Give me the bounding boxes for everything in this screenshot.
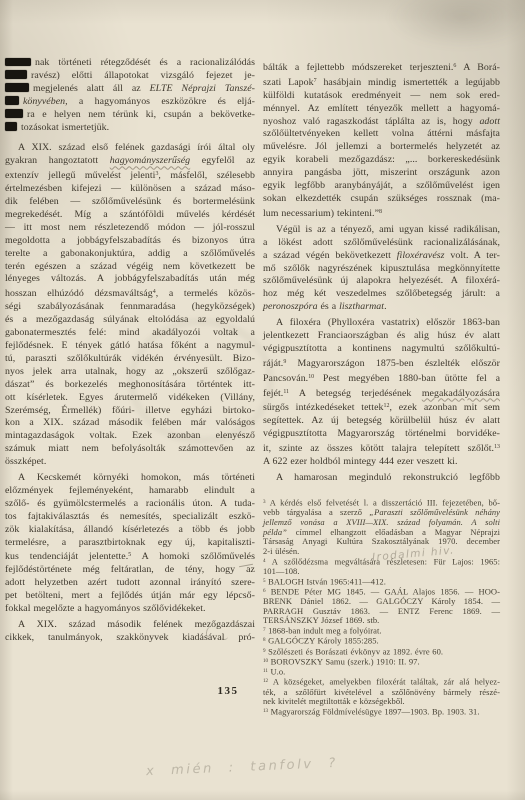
text-segment: gabonatermesztés felé: mind akadályozói … [5,327,255,338]
footnote-13: 13 Magyarország Földmívelésügye 1897—190… [263,707,500,717]
text-line: 7 1868-ban indult meg a folyóirat. [263,626,500,636]
text-segment: terelte a gabonakonjuktúra, addig a szől… [5,248,255,259]
text-segment: 2-i ülésén. [263,546,299,556]
text-segment: adott helyzetben azért tudott azonnal ir… [5,577,255,588]
footnote-marker: 13 [494,444,500,450]
text-line: gabonatermesztés felé: mind akadályozói … [5,327,255,340]
text-segment: külföldi kutatások eredményeit — nem sok… [263,90,500,101]
text-segment: dik felében — szőlőművelésünk és borterm… [5,196,255,207]
left-column-body: A XIX. század első felének gazdasági író… [5,142,255,644]
text-segment: lényeges változás. A jobbágyfelszabadítá… [5,273,255,284]
text-segment: fejét. [263,388,283,399]
text-segment: filoxéravész [397,250,445,261]
text-segment: megrekedését. Míg a szántóföldi művelés … [5,209,255,220]
text-segment: nyoshoz való ragaszkodást táplálta az is… [263,116,479,127]
text-line: és a mezőgazdaság súlyának eltolódása az… [5,314,255,327]
text-line: it, szinte az összes kötött talajra tele… [263,441,500,456]
text-segment: extenzív jellegű művelést jelenti [5,170,155,181]
text-line: nak történeti rétegződését és a racional… [5,57,255,70]
text-line: 13 Magyarország Földmívelésügye 1897—190… [263,707,500,717]
text-segment: A betegség terjedésének [289,388,422,399]
text-segment: annyira pangásba jött, miszerint országu… [263,167,500,178]
text-segment: Társaság Anyagi Kultúra Szakosztályának … [263,536,500,546]
text-line: ravész) előtti állapotokat vizsgáló feje… [5,70,255,83]
text-segment: A Borá- [456,62,500,73]
text-segment: nek kivitelét megtiltották e községekből… [263,696,405,706]
text-line: ra e helyen nem térünk ki, csupán a bekö… [5,109,255,122]
footnote-4: 4 A szőlődézsma megváltására részletesen… [263,557,500,577]
text-line: végigpusztította a kontinens nagymultú s… [263,343,500,356]
text-segment: termelésre, a parasztbirtoknak egy új, k… [5,537,255,548]
text-segment: terén egészen a század végéig nem követk… [5,261,255,272]
text-line: gyakran hangoztatott hagyományszerűség e… [5,155,255,168]
right-column: bálták a fejlettebb módszereket terjeszt… [263,60,500,717]
text-line: végigpusztította Magyarország történelmi… [263,428,500,441]
body-paragraph-5: Végül is az a tényező, ami ugyan kissé r… [263,224,500,314]
text-segment: Pest megyében 1880-ban ütötte fel a [314,373,500,384]
text-segment: a lökést adott szőlőművelésünk racionali… [263,237,500,248]
pencil-note-bottom-margin: x mién : tanfolv ? [146,756,338,779]
text-segment: fejlődéstörténete még feltáratlan, de té… [5,564,255,575]
text-segment: mintagazdaságok voltak. Ezek azonban ele… [5,430,255,441]
text-line: könyvében, a hagyományos eszközökre és e… [5,96,255,109]
text-segment: pet betölteni, mert a fejlődés útján már… [5,590,255,601]
text-segment: kon a XIX. század második felében már va… [5,417,255,428]
pencil-stroke-mark [221,633,228,640]
text-segment: GALGÓCZY Károly 1855:285. [266,636,379,646]
text-segment: segítettek. Az új betegség körülbelül hú… [263,415,500,426]
left-column: nak történeti rétegződését és a racional… [5,57,255,645]
text-line: segítettek. Az új betegség körülbelül hú… [263,415,500,428]
text-line: Végül is az a tényező, ami ugyan kissé r… [263,224,500,237]
text-segment: példa” [263,527,287,537]
text-segment: számuk miatt nem befolyásolták számottev… [5,443,255,454]
text-segment: előzmények fejleményeként, hamarabb elin… [5,485,255,496]
text-segment: dászat” és borkezelés meghonosítására tö… [5,379,255,390]
text-segment: A filoxéra (Phylloxéra vastatrix) előszö… [276,317,500,328]
footnote-marker: 8 [379,209,382,215]
text-segment: egyfelől az [190,155,255,166]
text-segment: Szőlészeti és Borászati évkönyv az 1892.… [266,646,444,656]
text-segment: A hamarosan meginduló rekonstrukció legf… [276,472,500,483]
text-line: 101—108. [263,567,500,577]
text-segment: A homoki szőlőművelés [131,551,255,562]
right-column-body: bálták a fejlettebb módszereket terjeszt… [263,60,500,485]
text-segment: megoldotta a jobbágyfelszabadítás és biz… [5,235,255,246]
text-line: mintagazdaságok voltak. Ezek azonban ele… [5,430,255,443]
intro-note-paragraph: nak történeti rétegződését és a racional… [5,57,255,134]
text-line: dik felében — szőlőművelésünk és borterm… [5,196,255,209]
ink-blot [5,96,19,105]
text-segment: hosszan elhúzódó dézsmaváltság [5,288,153,299]
text-line: a lökést adott szőlőművelésünk racionali… [263,237,500,250]
text-line: adott helyzetben azért tudott azonnal ir… [5,577,255,590]
text-line: kus tendenciáját jelentette.5 A homoki s… [5,549,255,564]
text-line: számuk miatt nem befolyásolták számottev… [5,443,255,456]
text-line: termelésre, a parasztbirtoknak egy új, k… [5,537,255,550]
text-segment: nak történeti rétegződését és a racional… [35,57,255,68]
text-segment: Végül is az a tényező, ami ugyan kissé r… [276,224,500,235]
text-segment: szőlőültetvényeken kellett volna áttérni… [263,128,500,139]
text-line: terelte a gabonakonjuktúra, addig a szől… [5,248,255,261]
text-line: 8 GALGÓCZY Károly 1855:285. [263,636,500,646]
text-line: tú, paraszti szőlőkultúrák vidékén érvén… [5,353,255,366]
text-line: szati Lapok7 hasábjain mindig ismertetté… [263,75,500,90]
text-line: szőlőültetvényeken kellett volna áttérni… [263,128,500,141]
body-paragraph-7: A hamarosan meginduló rekonstrukció legf… [263,472,500,485]
text-line: szőlőművelésünk új alapokra helyezését. … [263,275,500,288]
text-segment: ték, a szőlőfürt kivételével a szőlőnövé… [263,687,500,697]
footnote-block: 3 A kérdés első felvetését l. a disszert… [263,498,500,717]
text-line: A hamarosan meginduló rekonstrukció legf… [263,472,500,485]
text-segment: BENDE Péter MG 1845. — GAÁL Alajos 1856.… [266,586,500,596]
footnote-12: 12 A községeket, amelyekben filoxérát ta… [263,677,500,707]
text-line: nyos jelek arra utalnak, hogy az „okszer… [5,366,255,379]
text-line: ráját.9 Magyarországon 1875-ben észlelté… [263,356,500,371]
text-segment: jelentkezett Franciaországban és alig hú… [263,330,500,341]
text-line: hoz még két veszedelmes szőlőbetegség já… [263,288,500,301]
body-paragraph-1: A XIX. század első felének gazdasági író… [5,142,255,469]
intro-note: nak történeti rétegződését és a racional… [5,57,255,134]
footnote-3: 3 A kérdés első felvetését l. a disszert… [263,498,500,557]
text-segment: „Paraszti szőlőművelésünk néhány [369,507,500,517]
text-segment: hoz még két veszedelmes szőlőbetegség já… [263,288,500,299]
text-segment: lum necessarium) tekinteni.” [263,208,379,219]
text-segment: Pancsován. [263,373,308,384]
text-segment: sürgős intézkedéseket tettek [263,402,384,413]
text-segment: hasábjain mindig ismertették a legújabb [317,77,500,88]
text-line: fejét.11 A betegség terjedésének megakad… [263,386,500,401]
text-segment: adott [479,116,500,127]
text-line: ménnyel. Az említett tényezők mellett a … [263,103,500,116]
text-segment: A szőlődézsma megváltására részletesen: … [266,556,500,566]
text-segment: 101—108. [263,566,300,576]
text-segment: fokkal megelőzte a hagyományos szőlővidé… [5,603,206,614]
text-segment: peronoszpóra [263,301,318,312]
text-segment: . [384,301,387,312]
text-segment: volt. A ter- [445,250,500,261]
text-segment: könyvében, [23,96,68,107]
text-segment: zök kialakítása, állandó kísérletezés a … [5,524,255,535]
text-line: egyik korabeli mezőgazdász: „... borkere… [263,154,500,167]
text-segment: jellemző vonása a XVIII—XIX. század foly… [263,517,500,527]
text-segment: hagyományszerűség [110,155,190,166]
text-line: tozásokat ismertetjük. [5,122,255,135]
ink-blot [5,122,17,131]
text-line: 5 BALOGH István 1965:411—412. [263,577,500,587]
text-segment: ravész) előtti állapotokat vizsgáló feje… [31,70,255,81]
text-line: A XIX. század első felének gazdasági író… [5,142,255,155]
text-segment: ségi szabályozásának fennmaradása (hegyk… [5,301,255,312]
text-line: nyoshoz való ragaszkodást táplálta az is… [263,116,500,129]
text-line: lum necessarium) tekinteni.”8 [263,206,500,221]
text-line: hosszan elhúzódó dézsmaváltság4, a terme… [5,286,255,301]
scan-shadow-top-right [387,0,525,48]
text-line: 9 Szőlészeti és Borászati évkönyv az 189… [263,647,500,657]
text-line: ott kísérletek. Egyes árutermelő vidékek… [5,392,255,405]
body-paragraph-3: A XIX. század második felének mezőgazdás… [5,619,255,645]
text-line: — itt most nem részletezendő módon — jól… [5,222,255,235]
footnote-5: 5 BALOGH István 1965:411—412. [263,577,500,587]
text-segment: gyakran hangoztatott [5,155,110,166]
text-segment: mő szőlők nagyrészének kipusztulása megk… [263,263,500,274]
text-segment: ott kísérletek. Egyes árutermelő vidékek… [5,392,255,403]
text-segment: BRENK Dániel 1862. — GALGÓCZY Károly 185… [263,596,500,606]
text-segment: összképet. [5,456,46,467]
text-line: A 622 ezer holdból mintegy 444 ezer vesz… [263,456,500,469]
text-segment: a hagyományos eszközökre és eljá- [68,96,255,107]
text-segment: sokan elkezdették csupán szükséges rossz… [263,193,500,204]
text-segment: cikkek, tanulmányok, szakkönyvek kiadásá… [5,632,255,643]
body-paragraph-2: A Kecskemét környéki homokon, más történ… [5,472,255,616]
text-line: bálták a fejlettebb módszereket terjeszt… [263,60,500,75]
text-line: nek kivitelét megtiltották e községekből… [263,697,500,707]
text-segment: A XIX. század első felének gazdasági író… [18,142,255,153]
text-line: megrekedését. Míg a szántóföldi művelés … [5,209,255,222]
text-segment: A XIX. század második felének mezőgazdás… [18,619,255,630]
text-line: A filoxéra (Phylloxéra vastatrix) előszö… [263,317,500,330]
text-line: értelmezésben kifejezi — különösen a szá… [5,183,255,196]
text-segment: ménnyel. Az említett tényezők mellett a … [263,103,500,114]
text-line: annyira pangásba jött, miszerint országu… [263,167,500,180]
text-segment: , a termelés közös- [156,288,255,299]
text-line: peronoszpóra és a lisztharmat. [263,301,500,314]
text-segment: PARRAGH Gusztáv 1863. — ENTZ Ferenc 1869… [263,606,500,616]
text-line: kon a XIX. század második felében már va… [5,417,255,430]
text-line: megoldotta a jobbágyfelszabadítás és biz… [5,235,255,248]
text-segment: művelésre. Jól jellemzi a bortermelés he… [263,141,500,152]
text-segment: — itt most nem részletezendő módon — jól… [5,222,255,233]
text-segment: A 622 ezer holdból mintegy 444 ezer vesz… [263,456,458,467]
text-segment: U.o. [268,667,285,677]
text-segment: tú, paraszti szőlőkultúrák vidékén érvén… [5,353,255,364]
text-segment: a század végén bekövetkezett [263,250,397,261]
text-line: cikkek, tanulmányok, szakkönyvek kiadásá… [5,632,255,645]
text-segment: BALOGH István 1965:411—412. [266,576,386,586]
text-line: előzmények fejleményeként, hamarabb elin… [5,485,255,498]
text-line: pet betölteni, mert a fejlődés útján már… [5,590,255,603]
text-line: jelentkezett Franciaországban és alig hú… [263,330,500,343]
body-paragraph-4: bálták a fejlettebb módszereket terjeszt… [263,60,500,221]
text-line: 11 U.o. [263,667,500,677]
text-line: terén egészen a század végéig nem követk… [5,261,255,274]
text-segment: A Kecskemét környéki homokon, más történ… [18,472,255,483]
footnote-6: 6 BENDE Péter MG 1845. — GAÁL Alajos 185… [263,587,500,626]
text-segment: Szerémség, Érmellék) főúri- illetve egyh… [5,405,255,416]
text-line: egyik legfőbb aranybányáját, a szőlőműve… [263,180,500,193]
ink-blot [5,70,27,79]
text-line: művelésre. Jól jellemzi a bortermelés he… [263,141,500,154]
text-segment: kus tendenciáját jelentette. [5,551,128,562]
ink-blot [5,83,29,92]
text-line: Szerémség, Érmellék) főúri- illetve egyh… [5,405,255,418]
text-segment: szőlő- és gyümölcstermelés a racionális … [5,498,255,509]
text-line: TERSÁNSZKY József 1869. stb. [263,616,500,626]
text-segment: Magyarország Földmívelésügye 1897—1903. … [268,707,479,717]
text-segment: ráját. [263,358,283,369]
text-segment: Magyarországon 1875-ben észlelték előszö… [286,358,500,369]
page-edge-shading [0,790,525,800]
footnote-8: 8 GALGÓCZY Károly 1855:285. [263,636,500,646]
text-segment: BOROVSZKY Samu (szerk.) 1910: II. 97. [268,656,420,666]
scanned-book-page: nak történeti rétegződését és a racional… [0,0,525,800]
text-segment: lisztharmat [339,301,384,312]
text-line: dászat” és borkezelés meghonosítására tö… [5,379,255,392]
footnote-9: 9 Szőlészeti és Borászati évkönyv az 189… [263,647,500,657]
body-paragraph-6: A filoxéra (Phylloxéra vastatrix) előszö… [263,317,500,469]
text-segment: végigpusztította Magyarország történelmi… [263,428,500,439]
text-line: lényeges változás. A jobbágyfelszabadítá… [5,273,255,286]
text-segment: A községeket, amelyekben filoxérát talál… [268,677,500,687]
text-line: sokan elkezdették csupán szükséges rossz… [263,193,500,206]
text-line: A Kecskemét környéki homokon, más történ… [5,472,255,485]
footnote-10: 10 BOROVSZKY Samu (szerk.) 1910: II. 97. [263,657,500,667]
text-line: A XIX. század második felének mezőgazdás… [5,619,255,632]
footnote-11: 11 U.o. [263,667,500,677]
text-line: összképet. [5,456,255,469]
text-line: zök kialakítása, állandó kísérletezés a … [5,524,255,537]
text-segment: megjelenés alatt áll az [33,83,150,94]
text-line: ségi szabályozásának fennmaradása (hegyk… [5,301,255,314]
text-line: sürgős intézkedéseket tettek12, ezek azo… [263,400,500,415]
text-segment: szőlőművelésünk új alapokra helyezését. … [263,275,500,286]
text-segment: szati Lapok [263,77,314,88]
text-segment: 1868-ban indult meg a folyóirat. [266,626,382,636]
text-segment: nyos jelek arra utalnak, hogy az „okszer… [5,366,255,377]
footnote-7: 7 1868-ban indult meg a folyóirat. [263,626,500,636]
text-line: tos fajtakiválasztás és nemesítés, speci… [5,511,255,524]
text-line: külföldi kutatások eredményeit — nem sok… [263,90,500,103]
ink-blot [5,58,31,67]
text-segment: fejlődésnek. E tények gátló hatása főkén… [5,340,255,351]
text-segment: megakadályozására [422,388,500,399]
text-line: a század végén bekövetkezett filoxéravés… [263,250,500,263]
text-line: Pancsován.10 Pest megyében 1880-ban ütöt… [263,371,500,386]
text-segment: it, szinte az összes kötött talajra tele… [263,443,494,454]
text-line: fokkal megelőzte a hagyományos szőlővidé… [5,603,255,616]
text-line: 10 BOROVSZKY Samu (szerk.) 1910: II. 97. [263,657,500,667]
text-segment: TERSÁNSZKY József 1869. stb. [263,615,379,625]
text-segment: bálták a fejlettebb módszereket terjeszt… [263,62,453,73]
text-segment: címmel elhangzott előadásban a Magyar Né… [287,527,500,537]
text-line: fejlődésnek. E tények gátló hatása főkén… [5,340,255,353]
text-segment: értelmezésben kifejezi — különösen a szá… [5,183,255,194]
text-segment: tos fajtakiválasztás és nemesítés, speci… [5,511,255,522]
text-line: mő szőlők nagyrészének kipusztulása megk… [263,263,500,276]
text-line: szőlő- és gyümölcstermelés a racionális … [5,498,255,511]
text-segment: A kérdés első felvetését l. a disszertác… [266,497,500,507]
ink-blot [5,109,23,118]
text-line: 2-i ülésén. [263,547,500,557]
text-segment: tozásokat ismertetjük. [21,122,109,133]
text-segment: , ezek azonban mit sem [389,402,500,413]
page-number: 135 [206,685,250,697]
text-segment: egyik legfőbb aranybányáját, a szőlőműve… [263,180,500,191]
text-segment: egyik korabeli mezőgazdász: „... borkere… [263,154,500,165]
text-segment: vebb tárgyalása a szerző [263,507,369,517]
text-line: megjelenés alatt áll az ELTE Néprajzi Ta… [5,83,255,96]
text-segment: és a [318,301,340,312]
text-segment: és a mezőgazdaság súlyának eltolódása az… [5,314,255,325]
text-line: fejlődéstörténete még feltáratlan, de té… [5,564,255,577]
text-segment: ELTE Néprajzi Tanszé- [150,83,255,94]
text-line: extenzív jellegű művelést jelenti3, másf… [5,168,255,183]
text-segment: , másfelől, szélesebb [158,170,255,181]
text-segment: végigpusztította a kontinens nagymultú s… [263,343,500,354]
text-segment: ra e helyen nem térünk ki, csupán a bekö… [27,109,255,120]
